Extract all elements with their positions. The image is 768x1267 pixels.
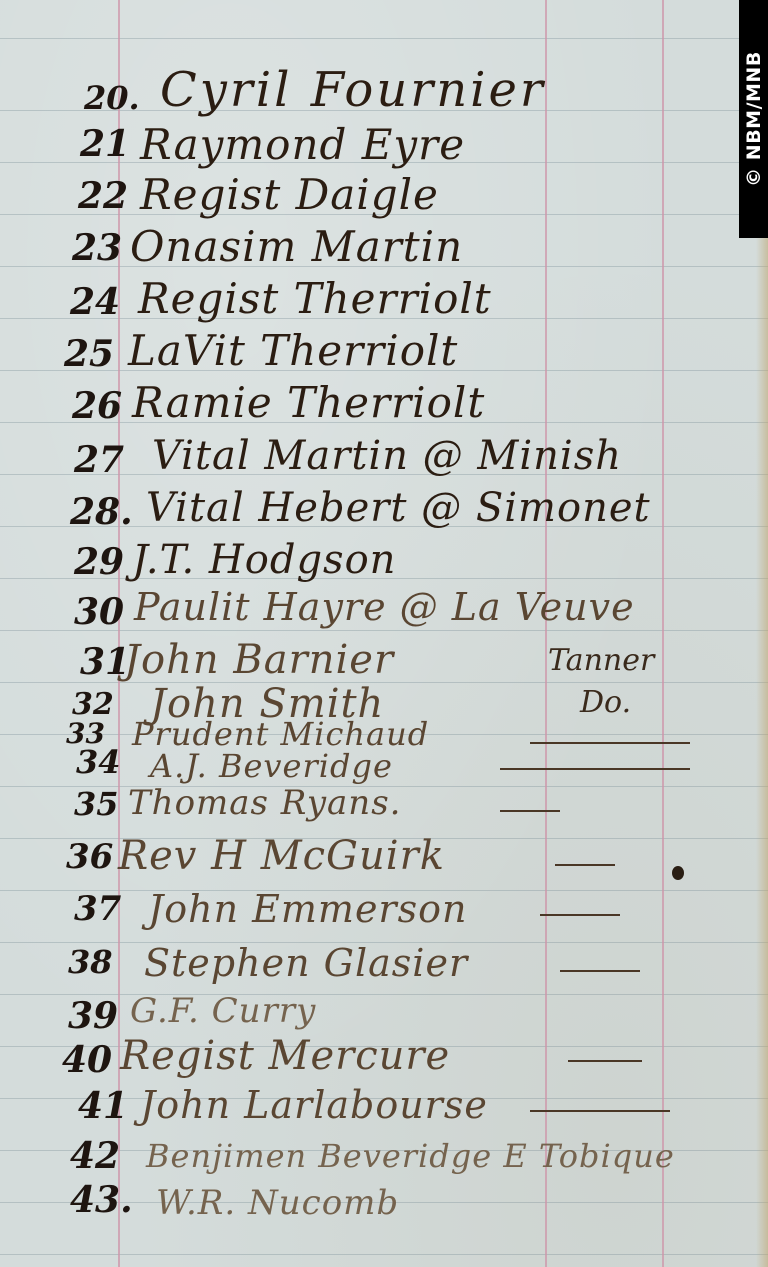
entry-number: 38 <box>68 946 113 978</box>
entry-name: John Barnier <box>124 640 394 680</box>
entry-number: 35 <box>74 788 119 820</box>
list-item: 27 Vital Martin @ Minish <box>0 432 730 484</box>
list-item: 35 Thomas Ryans. <box>0 786 730 838</box>
list-item: 38 Stephen Glasier <box>0 938 730 990</box>
list-item: 24 Regist Therriolt <box>0 274 730 326</box>
entry-occupation: Do. <box>580 688 631 718</box>
entry-number: 37 <box>74 892 121 926</box>
entry-number: 29 <box>74 544 124 580</box>
entry-number: 22 <box>78 178 128 214</box>
entry-name: W.R. Nucomb <box>156 1186 399 1220</box>
list-item: 25 LaVit Therriolt <box>0 326 730 378</box>
ditto-line <box>568 1060 642 1062</box>
ditto-line <box>530 742 690 744</box>
entry-name: Prudent Michaud <box>132 718 429 750</box>
list-item: 29 J.T. Hodgson <box>0 536 730 588</box>
ditto-line <box>500 810 560 812</box>
list-item: 43. W.R. Nucomb <box>0 1178 730 1230</box>
copyright-watermark: © NBM/MNB <box>739 0 768 238</box>
entry-name: LaVit Therriolt <box>128 330 458 372</box>
ink-blot <box>672 866 684 880</box>
entry-number: 39 <box>68 998 118 1034</box>
entry-name: J.T. Hodgson <box>132 540 396 580</box>
entry-name: Vital Hebert @ Simonet <box>146 488 651 528</box>
list-item: 30 Paulit Hayre @ La Veuve <box>0 588 730 640</box>
entry-number: 30 <box>74 594 124 630</box>
entry-name: G.F. Curry <box>130 994 316 1028</box>
entry-name: Thomas Ryans. <box>128 786 401 820</box>
entry-name: Onasim Martin <box>130 226 463 268</box>
entry-number: 41 <box>78 1088 128 1124</box>
entry-number: 25 <box>64 336 114 372</box>
entry-number: 34 <box>76 746 121 778</box>
entry-number: 36 <box>66 840 113 874</box>
ditto-line <box>500 768 690 770</box>
entry-name: Benjimen Beveridge E Tobique <box>146 1140 675 1172</box>
entry-number: 24 <box>70 284 120 320</box>
ditto-line <box>540 914 620 916</box>
entry-name: Regist Therriolt <box>138 278 492 320</box>
list-item: 21 Raymond Eyre <box>0 118 730 170</box>
list-item: 22 Regist Daigle <box>0 170 730 222</box>
ruled-line <box>0 38 768 39</box>
entry-number: 40 <box>62 1042 112 1078</box>
entry-occupation: Tanner <box>548 646 654 676</box>
entry-name: Regist Daigle <box>140 174 439 216</box>
entry-name: Vital Martin @ Minish <box>152 436 622 476</box>
entry-name: Stephen Glasier <box>144 944 468 982</box>
entry-number: 20. <box>84 82 140 114</box>
entry-name: Paulit Hayre @ La Veuve <box>134 588 635 626</box>
entry-number: 31 <box>80 644 130 680</box>
list-item: 37 John Emmerson <box>0 888 730 940</box>
ledger-page: 20. Cyril Fournier 21 Raymond Eyre 22 Re… <box>0 0 768 1267</box>
entry-name: Rev H McGuirk <box>118 836 445 876</box>
entry-number: 23 <box>72 230 122 266</box>
list-item: 26 Ramie Therriolt <box>0 378 730 430</box>
ditto-line <box>560 970 640 972</box>
ditto-line <box>530 1110 670 1112</box>
entry-number: 26 <box>72 388 122 424</box>
entry-name: Raymond Eyre <box>140 124 465 166</box>
list-item: 40 Regist Mercure <box>0 1036 730 1088</box>
entry-name: Regist Mercure <box>120 1036 450 1076</box>
entry-number: 28. <box>70 494 133 530</box>
entry-number: 43. <box>70 1182 133 1218</box>
ditto-line <box>555 864 615 866</box>
list-item: 28. Vital Hebert @ Simonet <box>0 484 730 536</box>
entry-name: John Larlabourse <box>140 1086 488 1124</box>
entry-number: 42 <box>70 1138 120 1174</box>
copyright-text: © NBM/MNB <box>743 51 765 187</box>
list-item: 36 Rev H McGuirk <box>0 836 730 888</box>
entry-name: A.J. Beveridge <box>150 750 393 782</box>
entry-name: John Emmerson <box>148 890 467 928</box>
entry-name: Cyril Fournier <box>160 66 546 114</box>
list-item: 41 John Larlabourse <box>0 1084 730 1136</box>
entry-number: 21 <box>80 126 130 162</box>
entry-number: 27 <box>74 442 124 478</box>
entry-number: 32 <box>72 690 114 720</box>
list-item: 23 Onasim Martin <box>0 222 730 274</box>
list-item: 20. Cyril Fournier <box>0 58 730 110</box>
entry-name: Ramie Therriolt <box>132 382 485 424</box>
ruled-line <box>0 1254 768 1255</box>
